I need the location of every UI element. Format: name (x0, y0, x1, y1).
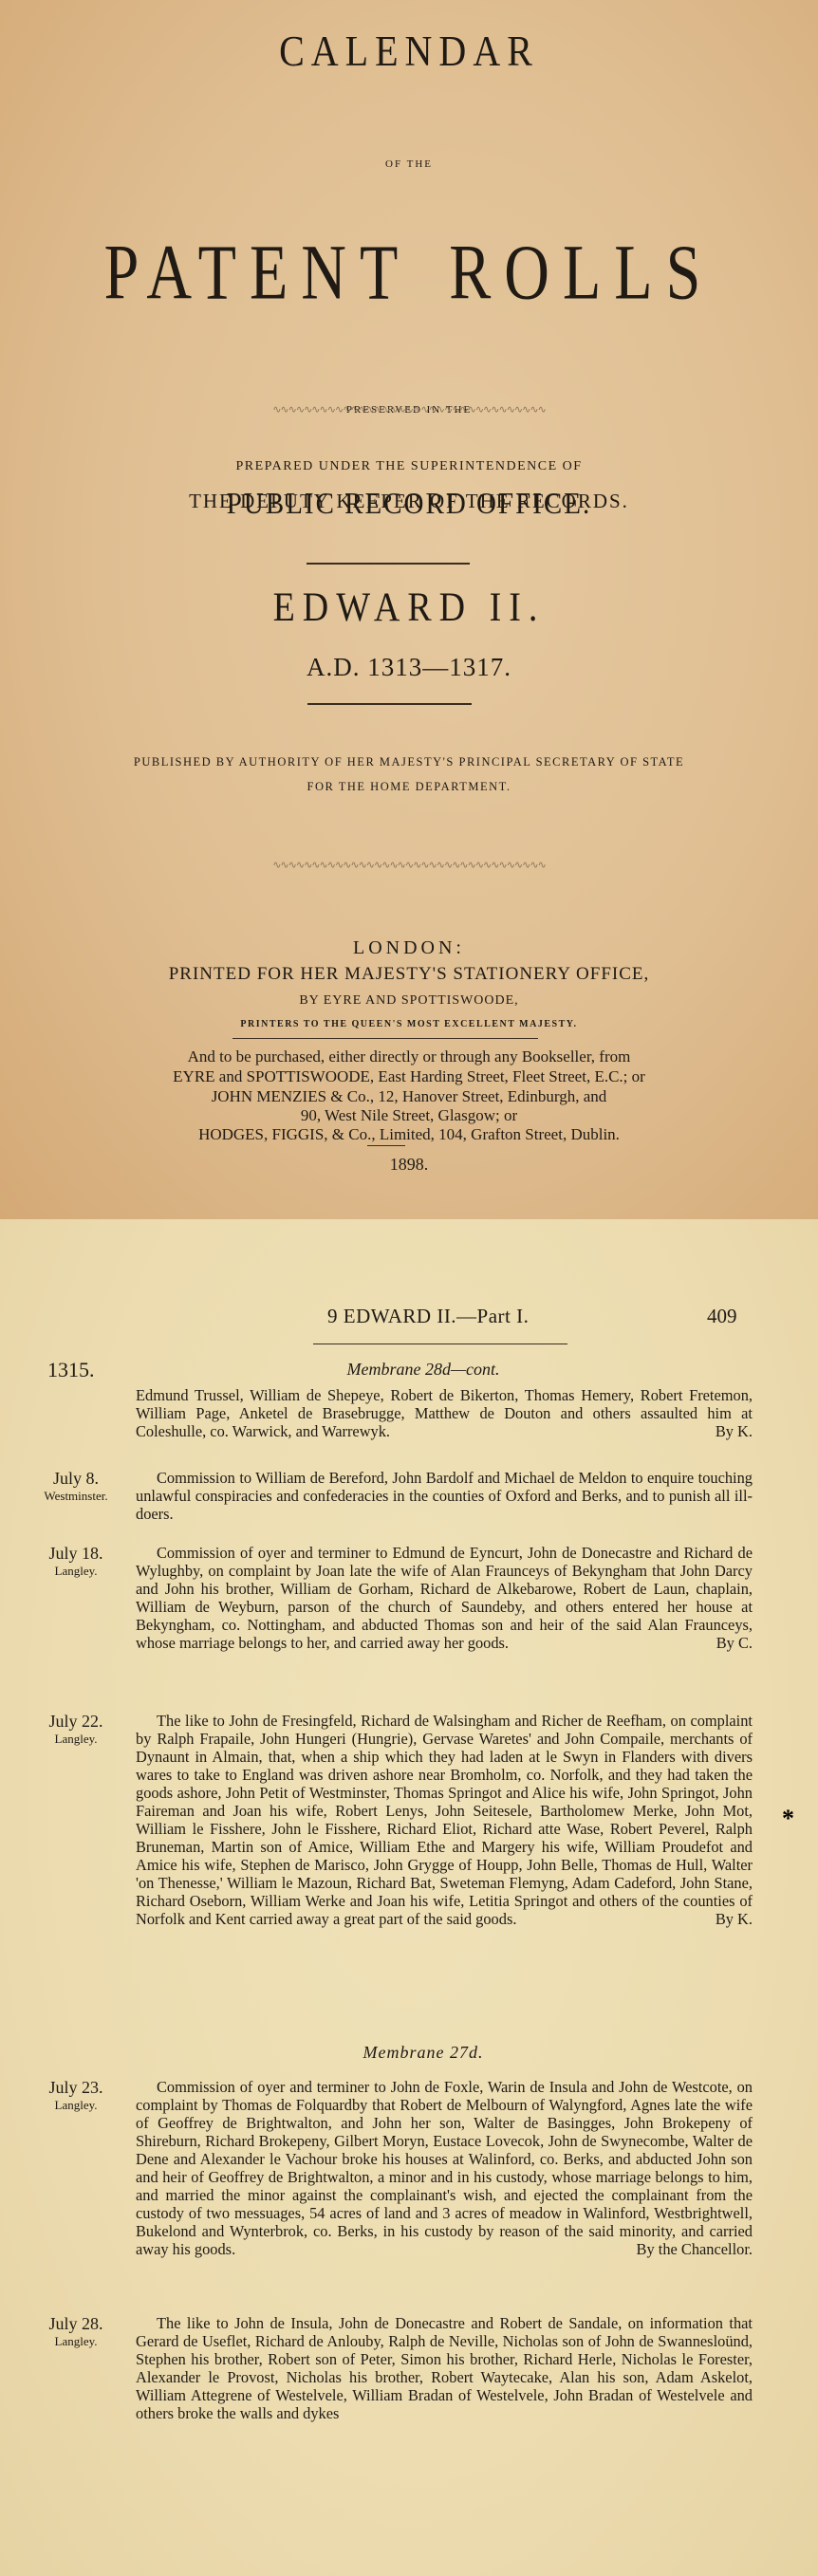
entry-text: Commission to William de Bereford, John … (136, 1469, 753, 1523)
divider-rule (232, 1038, 538, 1039)
entry-margin: July 18. Langley. (28, 1544, 123, 1580)
ornament-divider: ∿∿∿∿∿∿∿∿∿∿∿∿∿∿∿∿∿∿∿∿∿∿∿∿∿∿∿∿∿∿∿∿∿∿∿ (0, 859, 818, 871)
published-by-line: PUBLISHED BY AUTHORITY OF HER MAJESTY'S … (0, 755, 818, 769)
divider-rule (307, 563, 470, 565)
entry-date: July 28. (28, 2314, 123, 2333)
title-page: CALENDAR OF THE PATENTROLLS PRESERVED IN… (0, 0, 818, 1219)
entry-margin: July 28. Langley. (28, 2314, 123, 2350)
imprint-printers-to: PRINTERS TO THE QUEEN'S MOST EXCELLENT M… (0, 1019, 818, 1029)
entry-text: Commission of oyer and terminer to Edmun… (136, 1544, 753, 1652)
divider-rule (307, 703, 472, 705)
prepared-under-line: PREPARED UNDER THE SUPERINTENDENCE OF (0, 459, 818, 474)
deputy-keeper-line: THE DEPUTY KEEPER OF THE RECORDS. (0, 490, 818, 513)
entry-date: July 23. (28, 2078, 123, 2097)
membrane-heading: Membrane 28d—cont. (0, 1360, 818, 1380)
imprint-purchase-intro: And to be purchased, either directly or … (0, 1047, 818, 1066)
imprint-seller-3: HODGES, FIGGIS, & Co., Limited, 104, Gra… (0, 1125, 818, 1144)
entry-date: July 18. (28, 1544, 123, 1563)
entry-margin: July 22. Langley. (28, 1712, 123, 1748)
imprint-seller-2b: 90, West Nile Street, Glasgow; or (0, 1106, 818, 1125)
imprint-seller-2: JOHN MENZIES & Co., 12, Hanover Street, … (0, 1087, 818, 1106)
imprint-printed-for: PRINTED FOR HER MAJESTY'S STATIONERY OFF… (0, 964, 818, 985)
imprint-seller-1: EYRE and SPOTTISWOODE, East Harding Stre… (0, 1067, 818, 1086)
imprint-printer: BY EYRE AND SPOTTISWOODE, (0, 993, 818, 1009)
entry-text: Commission of oyer and terminer to John … (136, 2078, 753, 2258)
reign-title: EDWARD II. (0, 584, 818, 632)
entry-date: July 22. (28, 1712, 123, 1731)
running-head-title: 9 EDWARD II.—Part I. (327, 1305, 529, 1328)
title-patent-rolls: PATENTROLLS (0, 229, 818, 319)
title-of-the: OF THE (0, 158, 818, 170)
title-calendar: CALENDAR (0, 25, 818, 76)
membrane-heading: Membrane 27d. (0, 2043, 818, 2063)
ornament-divider: ∿∿∿∿∿∿∿∿∿∿∿∿∿∿∿∿∿∿∿∿∿∿∿∿∿∿∿∿∿∿∿∿∿∿∿ (0, 403, 818, 416)
entry-text: The like to John de Fresingfeld, Richard… (136, 1712, 753, 1928)
entry-margin: July 23. Langley. (28, 2078, 123, 2114)
entry-margin: July 8. Westminster. (28, 1469, 123, 1505)
divider-rule (367, 1145, 405, 1146)
reign-years: A.D. 1313—1317. (0, 653, 818, 682)
calendar-text-page: 9 EDWARD II.—Part I. 409 1315. Membrane … (0, 1219, 818, 2576)
home-department-line: FOR THE HOME DEPARTMENT. (0, 780, 818, 794)
entry-place: Westminster. (28, 1488, 123, 1505)
title-patent: PATENT (104, 230, 412, 316)
entry-text: Edmund Trussel, William de Shepeye, Robe… (136, 1386, 753, 1440)
entry-place: Langley. (28, 2097, 123, 2114)
imprint-year: 1898. (0, 1155, 818, 1175)
title-rolls: ROLLS (449, 230, 714, 316)
entry-place: Langley. (28, 1563, 123, 1580)
head-rule (313, 1344, 567, 1344)
margin-asterisk: * (782, 1805, 794, 1833)
entry-date: July 8. (28, 1469, 123, 1488)
entry-place: Langley. (28, 1731, 123, 1748)
entry-place: Langley. (28, 2333, 123, 2350)
page-number: 409 (707, 1305, 737, 1328)
entry-text: The like to John de Insula, John de Done… (136, 2314, 753, 2422)
imprint-city: LONDON: (0, 937, 818, 959)
